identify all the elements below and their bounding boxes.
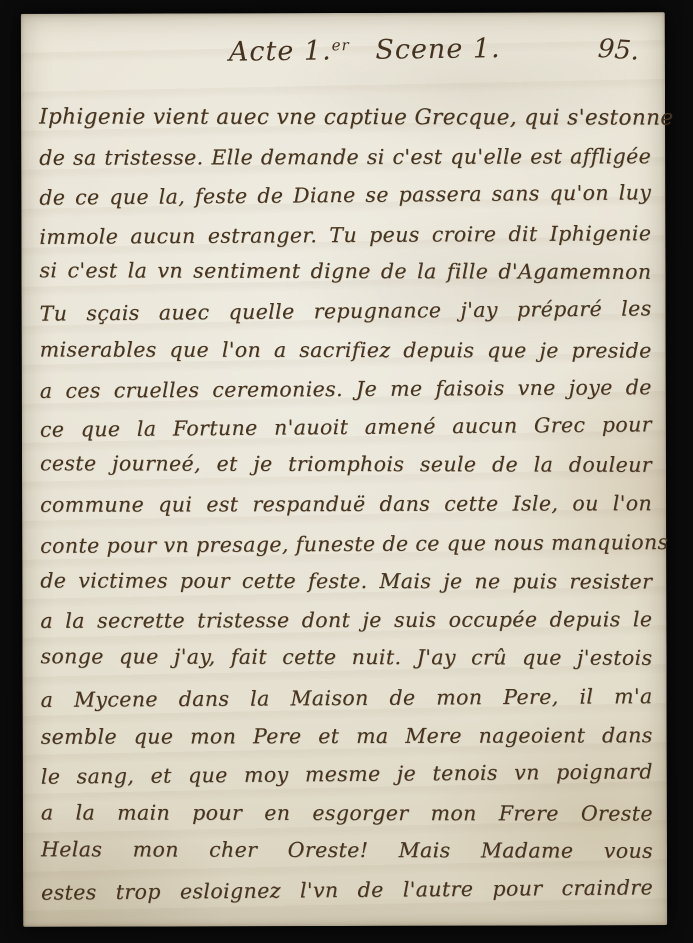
manuscript-line: a la main pour en esgorger mon Frere Ore…: [41, 793, 653, 833]
manuscript-line: commune qui est respanduë dans cette Isl…: [40, 484, 652, 524]
manuscript-line: ceste journeé, et je triomphois seule de…: [40, 445, 652, 485]
manuscript-body: Iphigenie vient auec vne captiue Grecque…: [21, 98, 667, 910]
page-header: Acte 1.er Scene 1. 95.: [21, 12, 665, 67]
manuscript-line: le sang, et que moy mesme je tenois vn p…: [41, 752, 653, 796]
ordinal-superscript: er: [332, 36, 350, 54]
manuscript-line: conte pour vn presage, funeste de ce que…: [40, 523, 652, 565]
manuscript-line: a la secrette tristesse dont je suis occ…: [40, 600, 652, 640]
manuscript-line: a ces cruelles ceremonies. Je me faisois…: [40, 368, 652, 410]
act-scene-heading: Acte 1.er Scene 1.: [229, 33, 501, 68]
act-label: Acte 1.er: [229, 35, 366, 68]
manuscript-line: estes trop esloignez l'vn de l'autre pou…: [41, 868, 653, 912]
manuscript-line: a Mycene dans la Maison de mon Pere, il …: [40, 677, 652, 719]
page-number: 95.: [597, 34, 640, 67]
manuscript-line: miserables que l'on a sacrifiez depuis q…: [40, 330, 652, 370]
manuscript-line: de ce que la, feste de Diane se passera …: [39, 174, 651, 218]
manuscript-line: Helas mon cher Oreste! Mais Madame vous: [41, 830, 653, 870]
scene-label: Scene 1.: [375, 33, 501, 66]
manuscript-page: Acte 1.er Scene 1. 95. Iphigenie vient a…: [21, 12, 667, 927]
manuscript-line: Tu sçais auec quelle repugnance j'ay pré…: [39, 289, 651, 333]
manuscript-line: songe que j'ay, fait cette nuit. J'ay cr…: [40, 638, 652, 678]
manuscript-line: de sa tristesse. Elle demande si c'est q…: [39, 137, 651, 177]
manuscript-line: immole aucun estranger. Tu peus croire d…: [39, 214, 651, 256]
manuscript-line: si c'est la vn sentiment digne de la fil…: [39, 252, 651, 292]
manuscript-line: Iphigenie vient auec vne captiue Grecque…: [39, 98, 651, 138]
manuscript-line: de victimes pour cette feste. Mais je ne…: [40, 562, 652, 602]
photo-background: Acte 1.er Scene 1. 95. Iphigenie vient a…: [0, 0, 693, 943]
manuscript-line: semble que mon Pere et ma Mere nageoient…: [41, 716, 653, 756]
manuscript-line: ce que la Fortune n'auoit amené aucun Gr…: [40, 405, 652, 449]
